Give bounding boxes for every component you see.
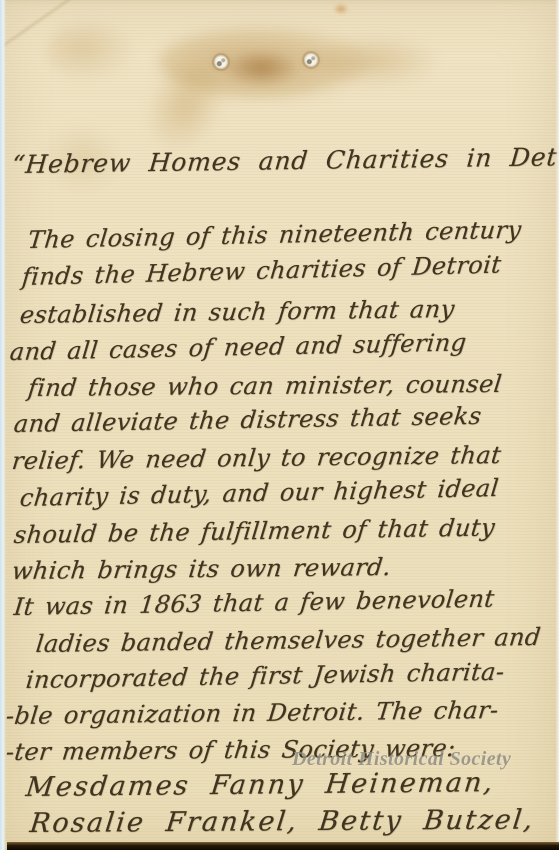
stain: [334, 4, 348, 14]
paper-bottom-edge: [7, 842, 559, 850]
document-scan: “Hebrew Homes and Charities in Detroit” …: [0, 0, 559, 850]
scanner-edge-right: [555, 0, 559, 850]
letter-line: which brings its own reward.: [10, 553, 392, 585]
scanner-edge-left: [0, 0, 6, 850]
stain: [46, 22, 136, 82]
letter-line: find those who can minister, counsel: [26, 370, 503, 402]
letter-line: relief. We need only to recognize that: [10, 441, 502, 475]
letter-line: Mesdames Fanny Heineman,: [24, 767, 496, 803]
watermark: Detroit Historical Society: [292, 748, 511, 771]
stain: [318, 36, 438, 86]
letter-line: Rosalie Frankel, Betty Butzel,: [28, 804, 536, 839]
stain: [226, 50, 298, 86]
punch-hole-right: [304, 53, 318, 67]
punch-hole-left: [214, 55, 228, 69]
